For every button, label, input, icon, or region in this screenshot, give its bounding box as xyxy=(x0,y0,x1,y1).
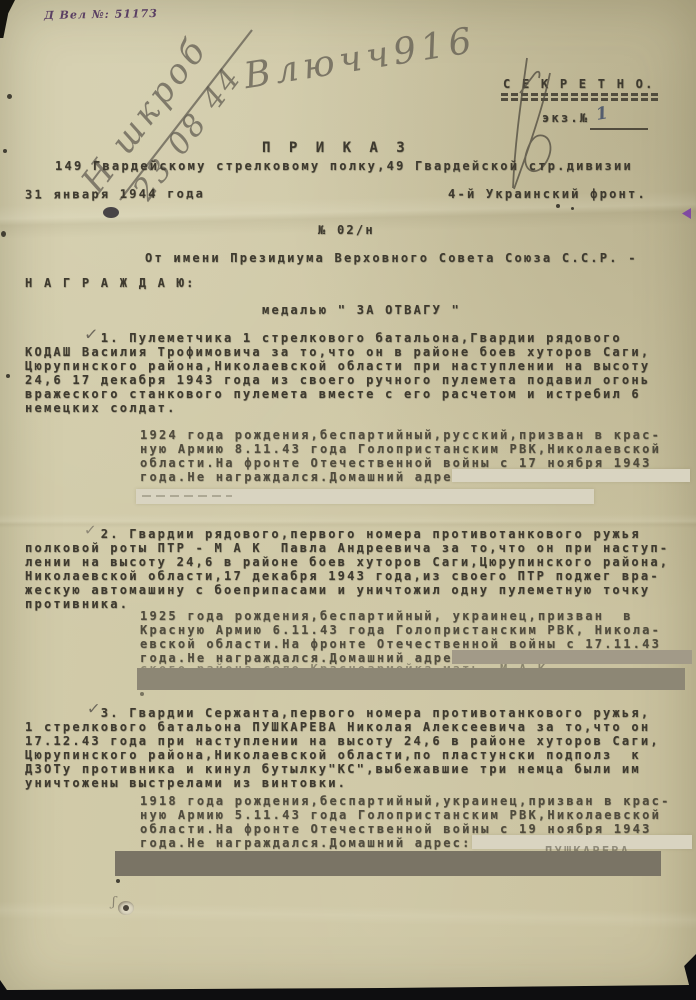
pencil-monogram xyxy=(475,48,575,198)
order-addressee: 149 Гвардейскому стрелковому полку,49 Гв… xyxy=(55,159,633,173)
copy-number: 1 xyxy=(594,103,609,125)
purple-mark xyxy=(682,208,691,219)
paper-speck xyxy=(3,149,7,153)
award-item-body: 3. Гвардии Сержанта,первого номера проти… xyxy=(25,706,660,790)
document-page: Д Вел №: 51173 Н шкроб 23 08 44 Влючч916… xyxy=(0,0,696,1000)
preamble-line: От имени Президиума Верховного Совета Со… xyxy=(145,251,638,265)
award-item-body: 1. Пулеметчика 1 стрелкового батальона,Г… xyxy=(25,331,650,415)
paper-speck xyxy=(140,692,144,696)
order-date: 31 января 1944 года xyxy=(25,186,205,201)
redaction-block xyxy=(137,668,685,690)
paper-speck xyxy=(556,204,560,208)
paper-speck xyxy=(7,94,12,99)
handwritten-slash xyxy=(110,20,260,210)
corner-tear xyxy=(0,0,15,38)
handwritten-scribble: Влючч916 xyxy=(241,20,479,97)
paper-speck xyxy=(6,374,10,378)
award-item-body: 2. Гвардии рядового,первого номера проти… xyxy=(25,527,669,611)
paper-speck xyxy=(1,231,6,237)
order-front: 4-й Украинский фронт. xyxy=(448,187,647,201)
paper-crease xyxy=(0,514,696,528)
redaction-bar xyxy=(136,489,594,504)
redaction-bar xyxy=(452,469,690,482)
award-verb-line: Н А Г Р А Ж Д А Ю: xyxy=(25,276,196,290)
pencil-hole-mark: ʃ xyxy=(112,895,116,910)
redaction-block xyxy=(115,851,661,876)
hole-punch-shadow xyxy=(123,905,129,911)
paper-speck xyxy=(116,879,120,883)
medal-line: медалью " ЗА ОТВАГУ " xyxy=(262,303,461,317)
order-title: П Р И К А З xyxy=(262,141,410,155)
paper-speck xyxy=(571,207,574,210)
paper-crease xyxy=(0,901,696,929)
order-number: № 02/н xyxy=(318,223,375,237)
copy-number-underline xyxy=(590,128,648,130)
